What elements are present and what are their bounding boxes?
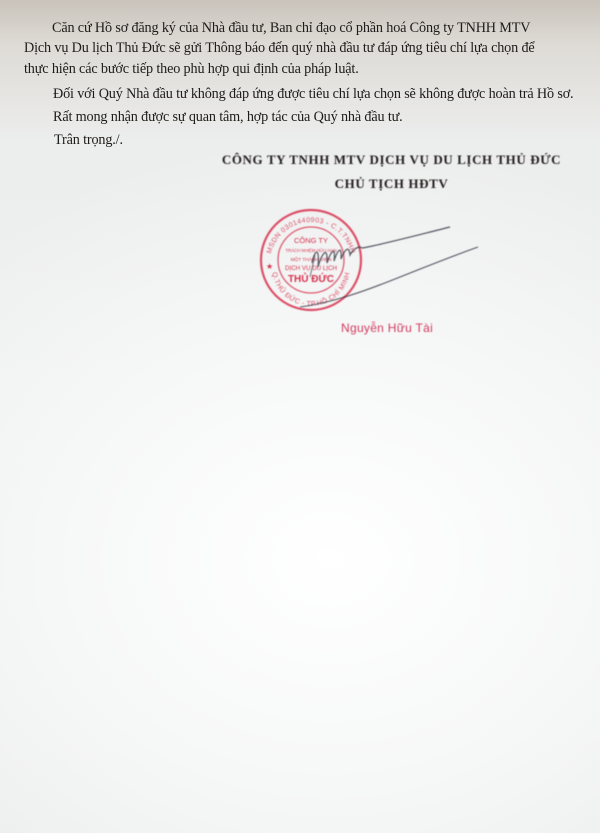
paragraph-3: Rất mong nhận được sự quan tâm, hợp tác … — [53, 109, 403, 126]
signature-company-name: CÔNG TY TNHH MTV DỊCH VỤ DU LỊCH THỦ ĐỨC — [0, 152, 600, 168]
paragraph-1-line-2: Dịch vụ Du lịch Thủ Đức sẽ gửi Thông báo… — [24, 40, 535, 57]
closing-greeting: Trân trọng./. — [54, 132, 123, 149]
document-page: Căn cứ Hồ sơ đăng ký của Nhà đầu tư, Ban… — [0, 0, 600, 833]
handwritten-signature-icon — [300, 215, 480, 325]
paragraph-2: Đối với Quý Nhà đầu tư không đáp ứng đượ… — [53, 86, 573, 103]
signature-title: CHỦ TỊCH HĐTV — [0, 176, 600, 192]
paragraph-1-line-1: Căn cứ Hồ sơ đăng ký của Nhà đầu tư, Ban… — [52, 20, 530, 37]
svg-text:★: ★ — [266, 262, 273, 271]
signer-name: Nguyễn Hữu Tài — [341, 321, 433, 335]
paragraph-1-line-3: thực hiện các bước tiếp theo phù hợp qui… — [24, 61, 359, 78]
